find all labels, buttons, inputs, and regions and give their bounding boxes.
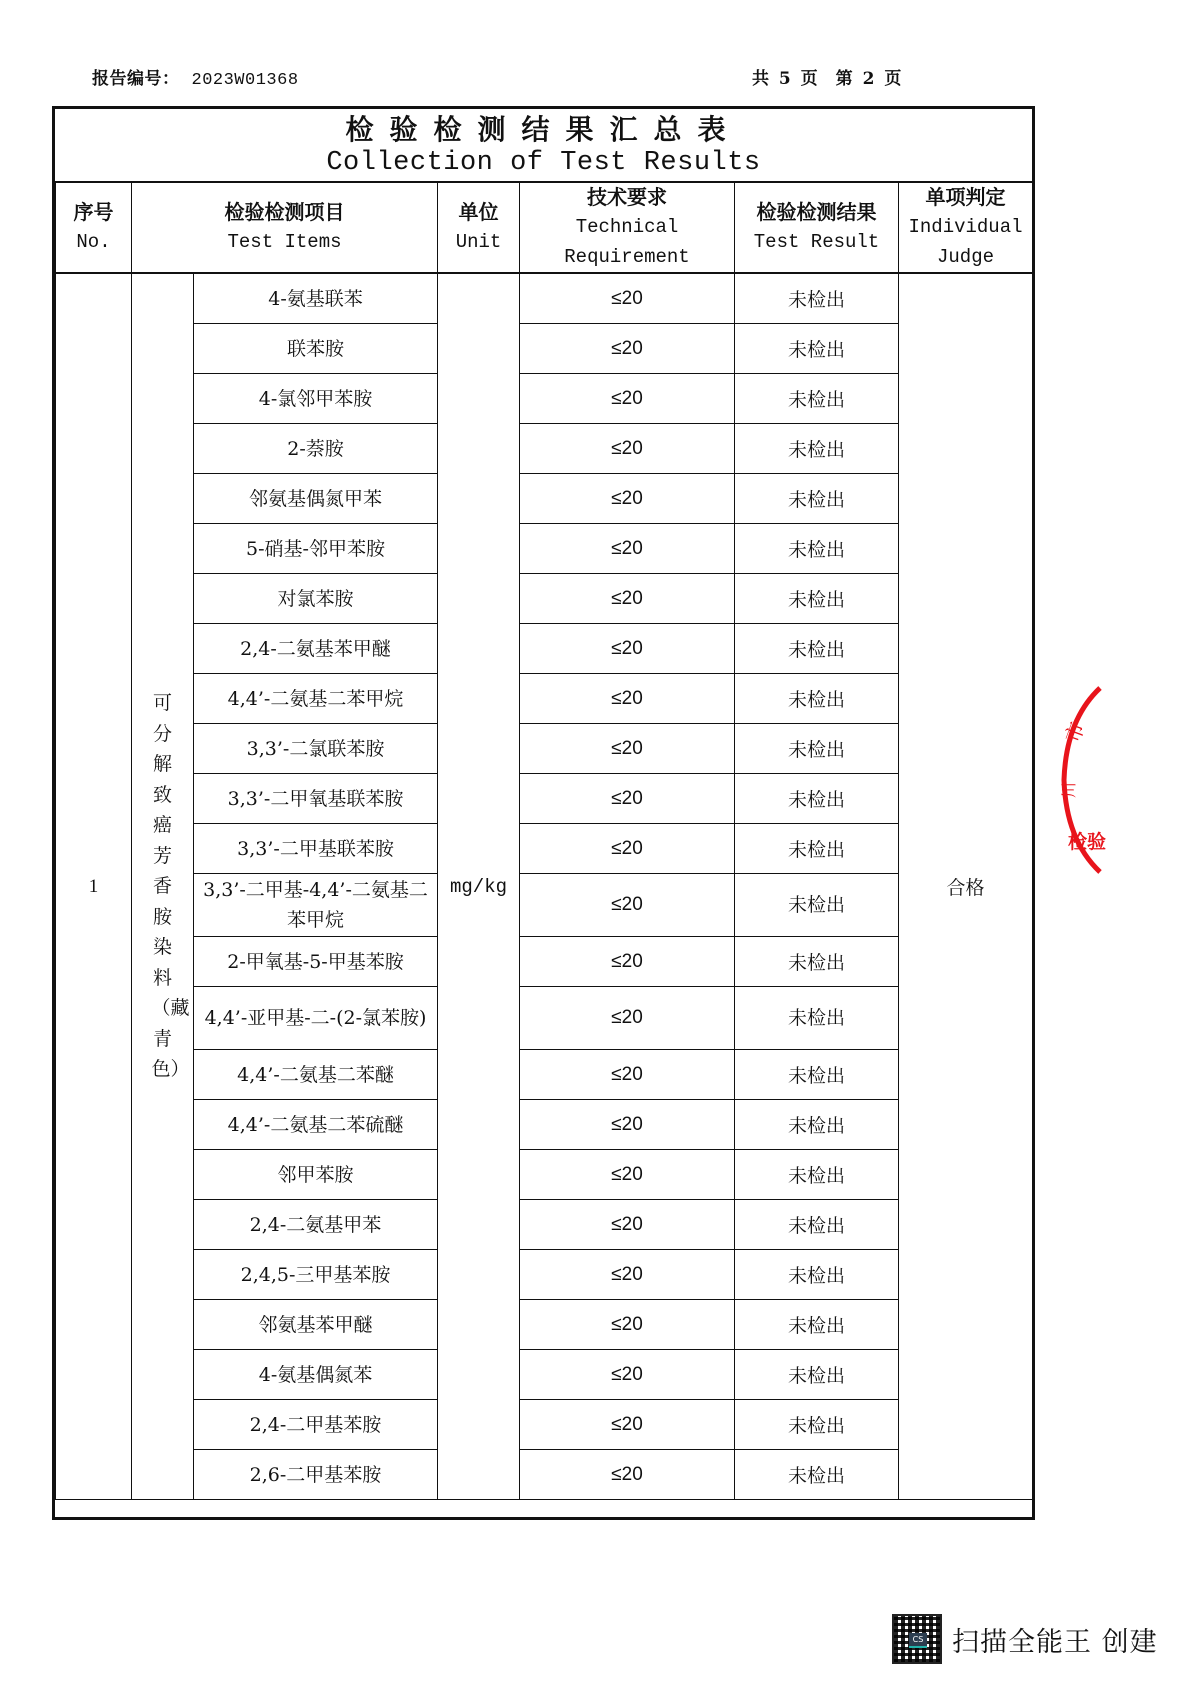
total-pages: 共 5 页 — [752, 69, 818, 89]
report-number-value: 2023W01368 — [192, 71, 299, 90]
results-sheet: 检验检测结果汇总表 Collection of Test Results 序号N… — [52, 106, 1035, 1520]
table-row: 2,4,5-三甲基苯胺≤20未检出 — [56, 1250, 1033, 1300]
result-value: 未检出 — [735, 987, 899, 1050]
group-category: 可分解致癌芳香胺染料（藏青色） — [132, 273, 194, 1500]
page-info: 共 5 页第 2 页 — [752, 64, 919, 89]
watermark-text: 扫描全能王 创建 — [952, 1620, 1158, 1659]
test-item: 2,4,5-三甲基苯胺 — [194, 1250, 438, 1300]
result-value: 未检出 — [735, 774, 899, 824]
result-value: 未检出 — [735, 1100, 899, 1150]
current-page: 第 2 页 — [836, 69, 902, 89]
title-chinese: 检验检测结果汇总表 — [55, 113, 1032, 147]
table-row: 4,4’-二氨基二苯甲烷≤20未检出 — [56, 674, 1033, 724]
table-row: 邻氨基偶氮甲苯≤20未检出 — [56, 474, 1033, 524]
test-item: 邻氨基偶氮甲苯 — [194, 474, 438, 524]
table-row: 5-硝基-邻甲苯胺≤20未检出 — [56, 524, 1033, 574]
test-item: 3,3’-二甲基-4,4’-二氨基二苯甲烷 — [194, 874, 438, 937]
result-value: 未检出 — [735, 674, 899, 724]
col-header-unit: 单位Unit — [438, 182, 520, 274]
svg-text:市: 市 — [1060, 719, 1089, 746]
result-value: 未检出 — [735, 1150, 899, 1200]
scanner-watermark: CS 扫描全能王 创建 — [892, 1614, 1158, 1664]
table-header-row: 序号No. 检验检测项目Test Items 单位Unit 技术要求Techni… — [56, 182, 1033, 274]
red-seal-stamp-icon: 市 川 检验 — [1060, 680, 1120, 880]
result-value: 未检出 — [735, 1050, 899, 1100]
table-title: 检验检测结果汇总表 Collection of Test Results — [55, 109, 1032, 183]
group-number: 1 — [56, 273, 132, 1500]
requirement-value: ≤20 — [520, 474, 735, 524]
qr-code-icon: CS — [892, 1614, 942, 1664]
cs-badge: CS — [909, 1633, 927, 1648]
table-row: 对氯苯胺≤20未检出 — [56, 574, 1033, 624]
requirement-value: ≤20 — [520, 324, 735, 374]
table-row: 3,3’-二甲基联苯胺≤20未检出 — [56, 824, 1033, 874]
report-number: 报告编号：2023W01368 — [92, 64, 299, 90]
requirement-value: ≤20 — [520, 874, 735, 937]
table-row: 邻甲苯胺≤20未检出 — [56, 1150, 1033, 1200]
requirement-value: ≤20 — [520, 574, 735, 624]
table-row: 4,4’-二氨基二苯醚≤20未检出 — [56, 1050, 1033, 1100]
result-value: 未检出 — [735, 324, 899, 374]
group-judge: 合格 — [899, 273, 1033, 1500]
test-item: 4,4’-二氨基二苯甲烷 — [194, 674, 438, 724]
result-value: 未检出 — [735, 1400, 899, 1450]
requirement-value: ≤20 — [520, 273, 735, 324]
table-row: 联苯胺≤20未检出 — [56, 324, 1033, 374]
requirement-value: ≤20 — [520, 1450, 735, 1500]
table-row: 4,4’-亚甲基-二-(2-氯苯胺)≤20未检出 — [56, 987, 1033, 1050]
requirement-value: ≤20 — [520, 1150, 735, 1200]
result-value: 未检出 — [735, 874, 899, 937]
requirement-value: ≤20 — [520, 1350, 735, 1400]
test-item: 2,4-二氨基苯甲醚 — [194, 624, 438, 674]
result-value: 未检出 — [735, 824, 899, 874]
requirement-value: ≤20 — [520, 1200, 735, 1250]
test-item: 4,4’-二氨基二苯硫醚 — [194, 1100, 438, 1150]
requirement-value: ≤20 — [520, 424, 735, 474]
test-item: 4,4’-亚甲基-二-(2-氯苯胺) — [194, 987, 438, 1050]
result-value: 未检出 — [735, 424, 899, 474]
result-value: 未检出 — [735, 624, 899, 674]
test-item: 联苯胺 — [194, 324, 438, 374]
table-row: 4-氨基偶氮苯≤20未检出 — [56, 1350, 1033, 1400]
test-item: 4-氨基偶氮苯 — [194, 1350, 438, 1400]
requirement-value: ≤20 — [520, 1050, 735, 1100]
result-value: 未检出 — [735, 374, 899, 424]
result-value: 未检出 — [735, 1300, 899, 1350]
group-unit: mg/kg — [438, 273, 520, 1500]
table-row: 4-氯邻甲苯胺≤20未检出 — [56, 374, 1033, 424]
test-item: 邻甲苯胺 — [194, 1150, 438, 1200]
table-row: 2,6-二甲基苯胺≤20未检出 — [56, 1450, 1033, 1500]
svg-text:川: 川 — [1060, 782, 1078, 798]
col-header-no: 序号No. — [56, 182, 132, 274]
result-value: 未检出 — [735, 273, 899, 324]
test-item: 4,4’-二氨基二苯醚 — [194, 1050, 438, 1100]
results-table: 序号No. 检验检测项目Test Items 单位Unit 技术要求Techni… — [55, 181, 1033, 1500]
result-value: 未检出 — [735, 474, 899, 524]
table-row: 3,3’-二甲基-4,4’-二氨基二苯甲烷≤20未检出 — [56, 874, 1033, 937]
col-header-requirement: 技术要求TechnicalRequirement — [520, 182, 735, 274]
table-row: 4,4’-二氨基二苯硫醚≤20未检出 — [56, 1100, 1033, 1150]
result-value: 未检出 — [735, 724, 899, 774]
test-item: 3,3’-二甲基联苯胺 — [194, 824, 438, 874]
requirement-value: ≤20 — [520, 937, 735, 987]
table-row: 3,3’-二甲氧基联苯胺≤20未检出 — [56, 774, 1033, 824]
test-item: 3,3’-二氯联苯胺 — [194, 724, 438, 774]
requirement-value: ≤20 — [520, 724, 735, 774]
test-item: 4-氯邻甲苯胺 — [194, 374, 438, 424]
requirement-value: ≤20 — [520, 1300, 735, 1350]
result-value: 未检出 — [735, 1200, 899, 1250]
requirement-value: ≤20 — [520, 824, 735, 874]
requirement-value: ≤20 — [520, 1250, 735, 1300]
result-value: 未检出 — [735, 524, 899, 574]
table-row: 1 可分解致癌芳香胺染料（藏青色） 4-氨基联苯 mg/kg ≤20 未检出 合… — [56, 273, 1033, 324]
result-value: 未检出 — [735, 1450, 899, 1500]
requirement-value: ≤20 — [520, 374, 735, 424]
requirement-value: ≤20 — [520, 1100, 735, 1150]
table-row: 2,4-二氨基甲苯≤20未检出 — [56, 1200, 1033, 1250]
table-row: 2-萘胺≤20未检出 — [56, 424, 1033, 474]
title-english: Collection of Test Results — [55, 147, 1032, 179]
test-item: 5-硝基-邻甲苯胺 — [194, 524, 438, 574]
col-header-result: 检验检测结果Test Result — [735, 182, 899, 274]
col-header-items: 检验检测项目Test Items — [132, 182, 438, 274]
requirement-value: ≤20 — [520, 624, 735, 674]
result-value: 未检出 — [735, 1250, 899, 1300]
test-item: 2,6-二甲基苯胺 — [194, 1450, 438, 1500]
report-number-label: 报告编号： — [92, 69, 180, 89]
table-row: 2-甲氧基-5-甲基苯胺≤20未检出 — [56, 937, 1033, 987]
table-row: 3,3’-二氯联苯胺≤20未检出 — [56, 724, 1033, 774]
requirement-value: ≤20 — [520, 524, 735, 574]
table-row: 2,4-二甲基苯胺≤20未检出 — [56, 1400, 1033, 1450]
result-value: 未检出 — [735, 574, 899, 624]
test-item: 2,4-二氨基甲苯 — [194, 1200, 438, 1250]
table-row: 2,4-二氨基苯甲醚≤20未检出 — [56, 624, 1033, 674]
test-item: 2-甲氧基-5-甲基苯胺 — [194, 937, 438, 987]
result-value: 未检出 — [735, 937, 899, 987]
test-item: 4-氨基联苯 — [194, 273, 438, 324]
test-item: 2,4-二甲基苯胺 — [194, 1400, 438, 1450]
requirement-value: ≤20 — [520, 674, 735, 724]
test-item: 3,3’-二甲氧基联苯胺 — [194, 774, 438, 824]
requirement-value: ≤20 — [520, 1400, 735, 1450]
test-item: 对氯苯胺 — [194, 574, 438, 624]
test-item: 邻氨基苯甲醚 — [194, 1300, 438, 1350]
result-value: 未检出 — [735, 1350, 899, 1400]
requirement-value: ≤20 — [520, 987, 735, 1050]
col-header-judge: 单项判定IndividualJudge — [899, 182, 1033, 274]
svg-text:检验: 检验 — [1068, 830, 1106, 853]
test-item: 2-萘胺 — [194, 424, 438, 474]
table-row: 邻氨基苯甲醚≤20未检出 — [56, 1300, 1033, 1350]
requirement-value: ≤20 — [520, 774, 735, 824]
